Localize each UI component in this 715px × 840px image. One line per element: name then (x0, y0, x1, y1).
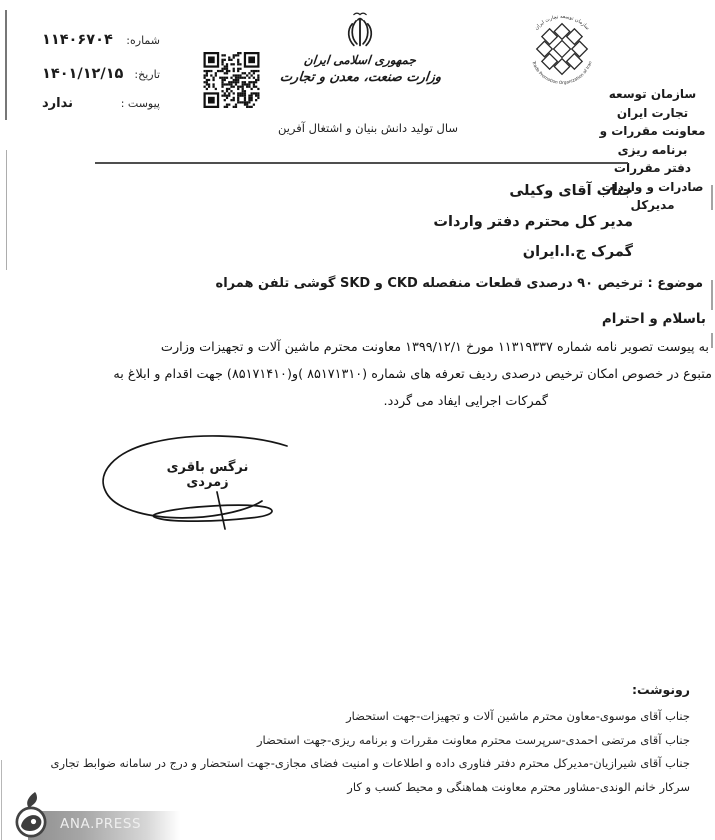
body-line-1: به پیوست تصویر نامه شماره ۱۱۳۱۹۳۳۷ مورخ … (161, 340, 709, 355)
cc-item: سرکار خانم الوندی-مشاور محترم معاونت هما… (51, 776, 691, 800)
ana-press-label: ANA.PRESS (60, 816, 141, 832)
date-label: تاریخ: (134, 68, 160, 81)
cc-item: جناب آقای مرتضی احمدی-سرپرست محترم معاون… (51, 729, 691, 753)
ana-logo-icon (10, 791, 52, 840)
body-line-3: گمرکات اجرایی ایفاد می گردد. (384, 394, 549, 409)
attachment-label: پیوست : (121, 97, 160, 110)
cc-list: جناب آقای موسوی-معاون محترم ماشین آلات و… (51, 705, 691, 799)
date-row: تاریخ: ۱۴۰۱/۱۲/۱۵ (42, 66, 160, 82)
body-line-2: متبوع در خصوص امکان ترخیص درصدی ردیف تعر… (113, 367, 712, 382)
qr-code (203, 52, 260, 108)
scan-edge-mark (5, 10, 7, 120)
scan-edge-mark (1, 760, 2, 840)
government-name-calligraphy: جمهوری اسلامی ایران (279, 53, 440, 67)
scan-edge-mark (711, 333, 713, 348)
scan-edge-mark (711, 280, 713, 310)
header-divider (95, 162, 628, 164)
ministry-name-calligraphy: وزارت صنعت، معدن و تجارت (267, 70, 454, 85)
recipient-name: جناب آقای وکیلی (433, 176, 633, 207)
org-deputy: معاونت مقررات و برنامه ریزی (590, 122, 715, 159)
attachment-value: ندارد (42, 96, 73, 111)
recipient-title: مدیر کل محترم دفتر واردات (433, 207, 633, 238)
tpo-logo-icon: سازمان توسعه تجارت ایران Trade Promotion… (526, 13, 598, 85)
ref-number-value: ۱۱۴۰۶۷۰۴ (42, 32, 113, 48)
recipient-org: گمرک ج.ا.ایران (433, 237, 633, 268)
ref-number-row: شماره: ۱۱۴۰۶۷۰۴ (42, 32, 160, 48)
subject-line: موضوع : ترخیص ۹۰ درصدی قطعات منفصله CKD … (216, 276, 703, 291)
iran-emblem-icon (340, 10, 380, 50)
year-slogan: سال تولید دانش بنیان و اشتغال آفرین (277, 121, 459, 135)
scanned-letter-page: شماره: ۱۱۴۰۶۷۰۴ تاریخ: ۱۴۰۱/۱۲/۱۵ پیوست … (0, 0, 715, 840)
scan-edge-mark (6, 150, 7, 270)
recipient-block: جناب آقای وکیلی مدیر کل محترم دفتر واردا… (433, 176, 633, 268)
cc-item: جناب آقای شیرازیان-مدیرکل محترم دفتر فنا… (51, 752, 691, 776)
cc-label: رونوشت: (632, 682, 690, 697)
salutation: باسلام و احترام (602, 311, 706, 327)
org-name: سازمان توسعه تجارت ایران (590, 85, 715, 122)
signatory-name: نرگس باقری زمردی (145, 460, 270, 490)
ref-number-label: شماره: (126, 34, 160, 47)
attachment-row: پیوست : ندارد (42, 96, 160, 111)
date-value: ۱۴۰۱/۱۲/۱۵ (42, 66, 123, 82)
cc-item: جناب آقای موسوی-معاون محترم ماشین آلات و… (51, 705, 691, 729)
